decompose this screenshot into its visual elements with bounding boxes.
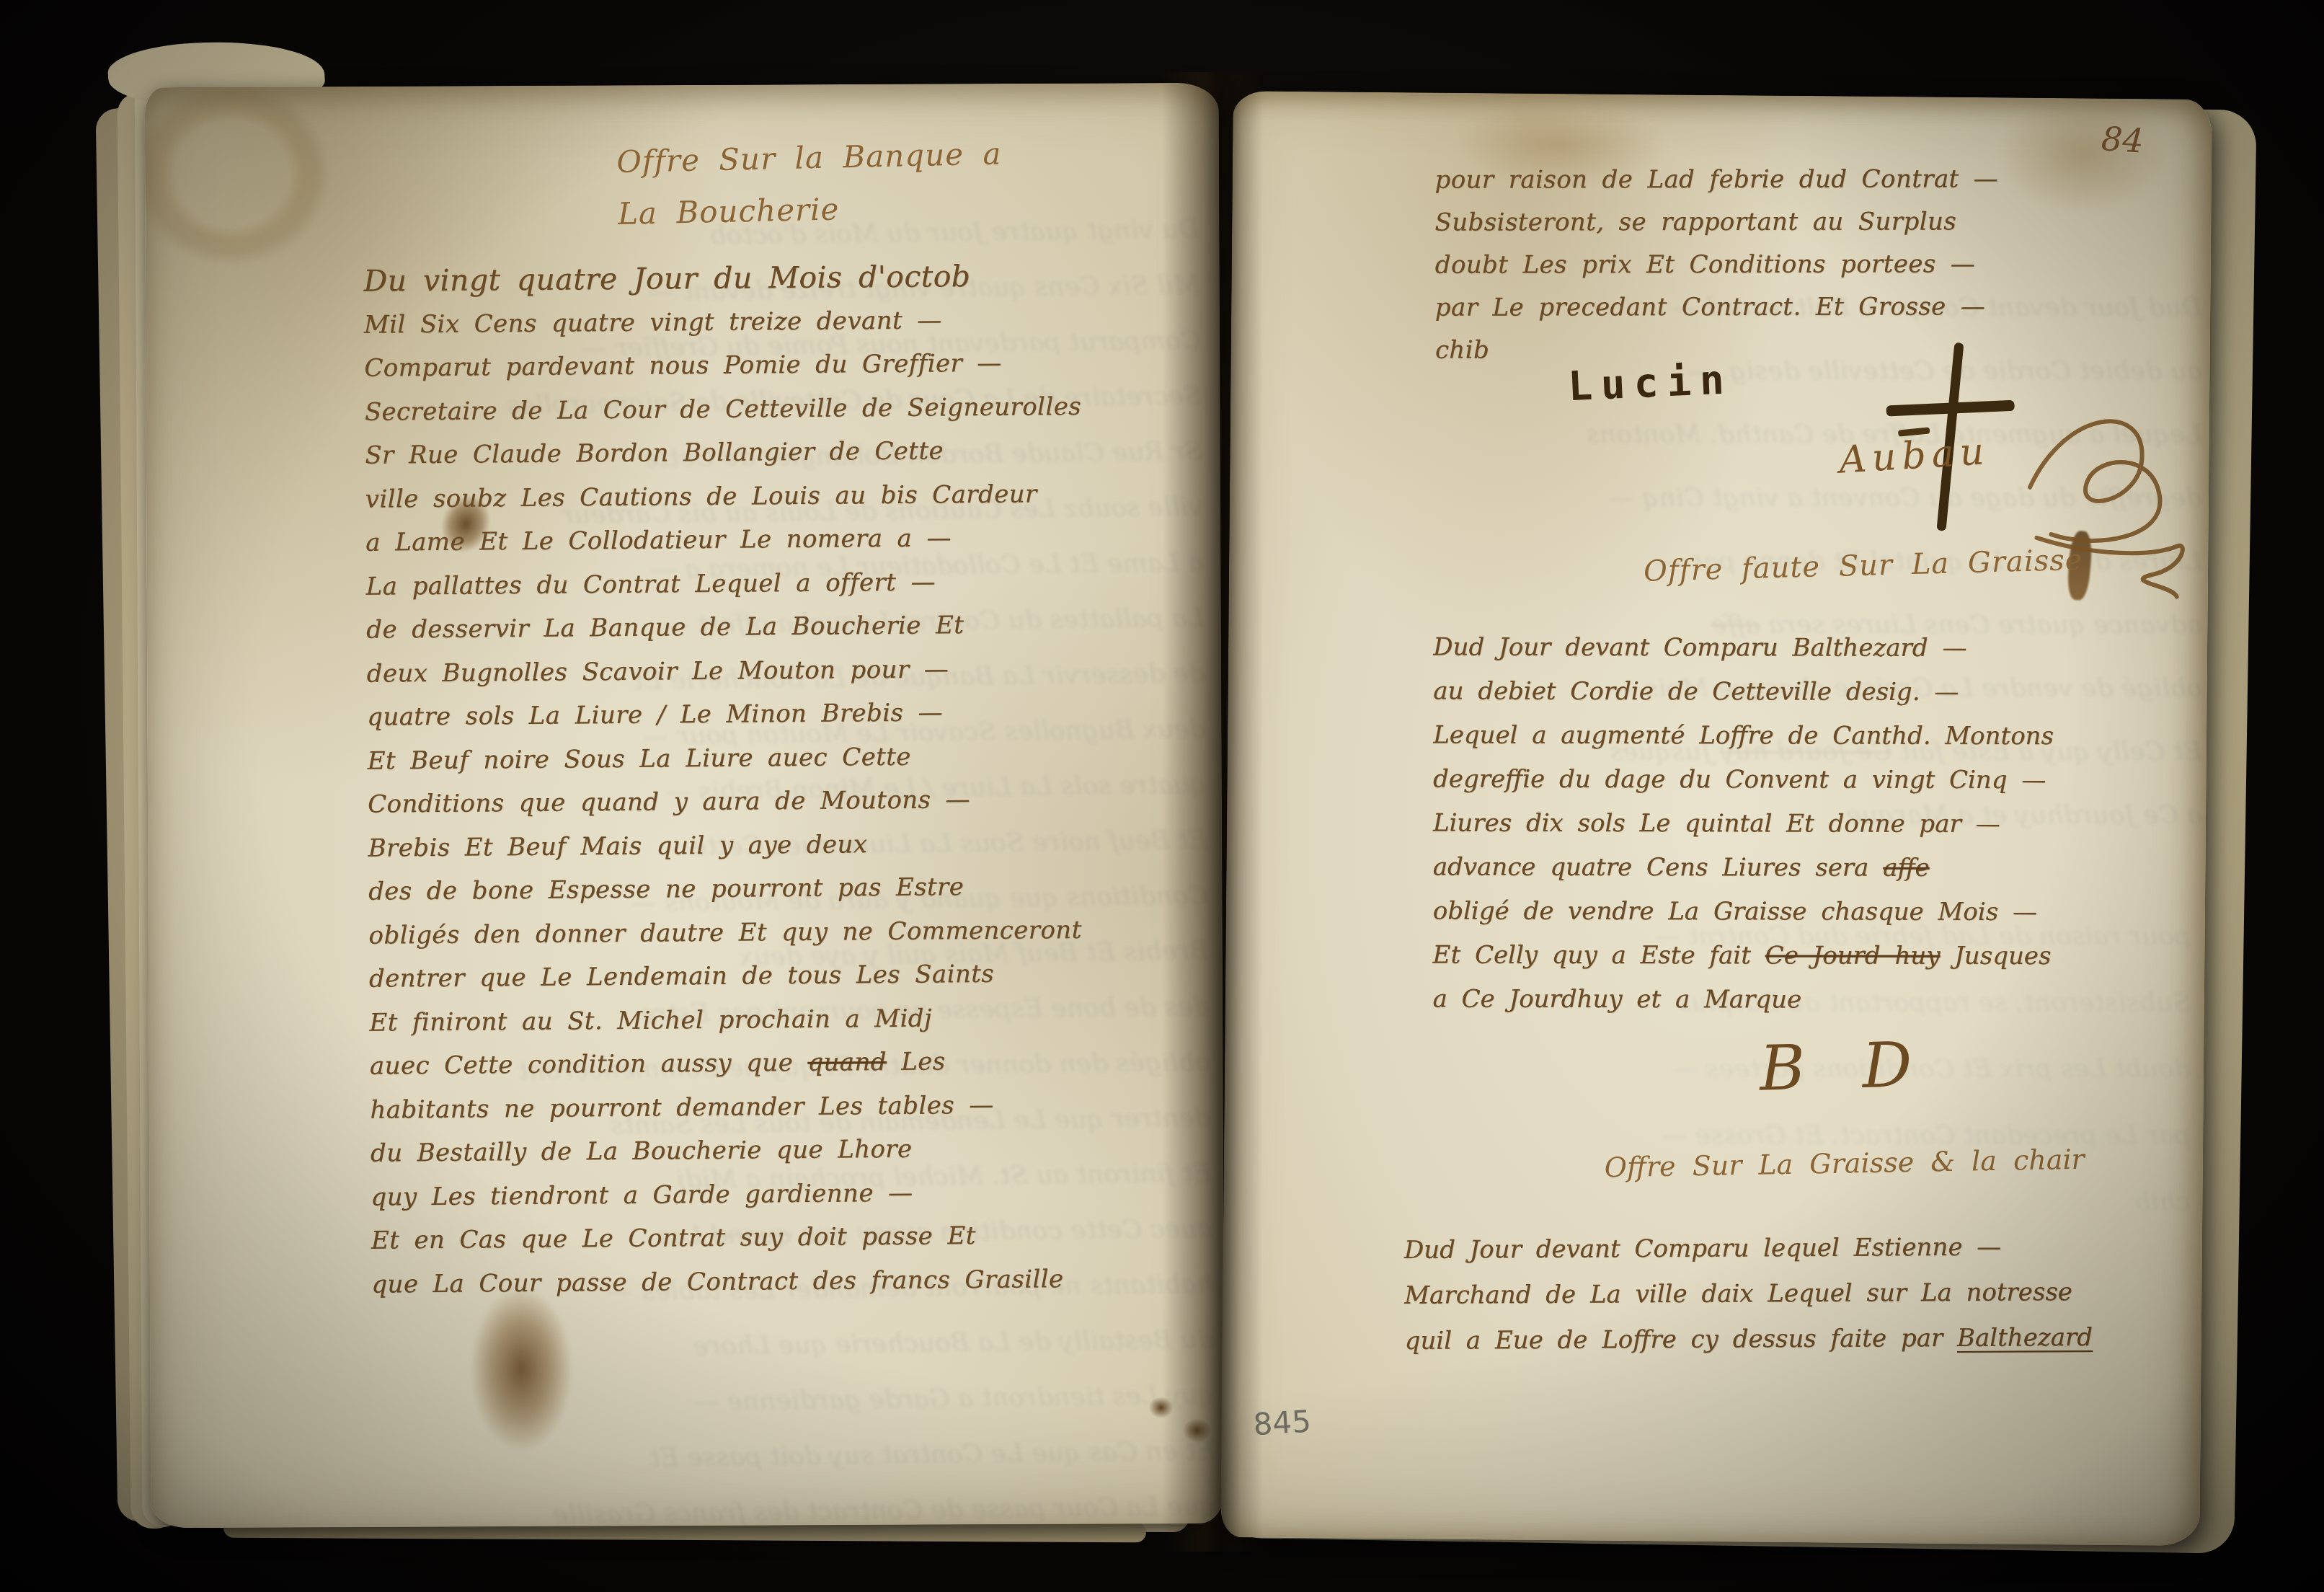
left-page: Du vingt quatre Jour du Mois d'octobMil … (145, 83, 1225, 1528)
text-line: pour raison de Lad febrie dud Contrat — (1434, 158, 1998, 201)
initials-bd: B D (1759, 1028, 1932, 1105)
text-line: du Bestailly de La Boucherie que Lhore (306, 1312, 1215, 1379)
text-line: que La Cour passe de Contract des francs… (308, 1478, 1217, 1528)
text-line: habitants ne pourront demander Les table… (370, 1082, 1087, 1131)
heading-offre-graisse-chair: Offre Sur La Graisse & la chair (1604, 1144, 2085, 1184)
text-line: obligé de vendre La Graisse chasque Mois… (1433, 890, 2054, 935)
text-line: La pallattes du Contrat Lequel a offert … (365, 559, 1083, 608)
text-line: dentrer que Le Lendemain de tous Les Sai… (369, 952, 1086, 1001)
text-line: Brebis Et Beuf Mais quil y aye deux (368, 821, 1085, 870)
folio-number: 84 (2101, 119, 2145, 160)
text-line: quatre sols La Liure / Le Minon Brebis — (367, 690, 1084, 739)
text-line: quy Les tiendront a Garde gardienne — (371, 1169, 1088, 1219)
text-line: que La Cour passe de Contract des francs… (371, 1257, 1088, 1306)
water-stain (145, 83, 340, 275)
text-line: a Ce Jourdhuy et a Marque (1432, 978, 2053, 1023)
text-line: Dud Jour devant Comparu lequel Estienne … (1404, 1224, 2093, 1273)
text-line: Liures dix sols Le quintal Et donne par … (1433, 802, 2054, 847)
right-page-bottom-text: Dud Jour devant Comparu lequel Estienne … (1404, 1224, 2093, 1364)
text-line: La Boucherie (617, 180, 1003, 240)
text-line: Du vingt quatre Jour du Mois d'octob (363, 254, 1081, 303)
signature-flourish (2007, 401, 2196, 619)
water-stain (1989, 91, 2178, 220)
text-line: a Lame Et Le Collodatieur Le nomera a — (365, 516, 1083, 565)
text-line: doubt Les prix Et Conditions portees — (1435, 243, 1999, 286)
text-line: auec Cette condition aussy que quand Les (370, 1039, 1087, 1088)
lucin-mark: Lucin (1567, 356, 1734, 410)
text-line: Subsisteront, se rapportant au Surplus (1435, 200, 1999, 244)
text-line: par Le precedant Contract. Et Grosse — (1435, 286, 1999, 329)
right-page-top-text: pour raison de Lad febrie dud Contrat —S… (1434, 158, 1998, 371)
left-page-body-text: Du vingt quatre Jour du Mois d'octobMil … (363, 254, 1088, 1306)
text-line: Et en Cas que Le Contrat suy doit passe … (371, 1213, 1088, 1262)
text-line: ville soubz Les Cautions de Louis au bis… (365, 472, 1083, 521)
text-line: quy Les tiendront a Garde gardienne — (306, 1367, 1215, 1434)
text-line: obligés den donner dautre Et quy ne Comm… (368, 908, 1086, 957)
text-line: Et finiront au St. Michel prochain a Mid… (369, 995, 1086, 1044)
text-line: Sr Rue Claude Bordon Bollangier de Cette (365, 428, 1082, 477)
right-page: Dud Jour devant Comparu Balthezard —au d… (1220, 91, 2212, 1546)
manuscript-photo: Du vingt quatre Jour du Mois d'octobMil … (0, 0, 2324, 1592)
text-line: degreffie du dage du Convent a vingt Cin… (1433, 758, 2054, 803)
text-line: Mil Six Cens quatre vingt treize devant … (364, 297, 1081, 346)
text-line: advance quatre Cens Liures sera affe (1433, 846, 2054, 891)
text-line: Et en Cas que Le Contrat suy doit passe … (307, 1423, 1216, 1490)
text-line: quil a Eue de Loffre cy dessus faite par… (1404, 1315, 2093, 1364)
right-page-middle-text: Dud Jour devant Comparu Balthezard —au d… (1432, 626, 2054, 1023)
text-line: de desservir La Banque de La Boucherie E… (366, 603, 1083, 652)
text-line: Conditions que quand y aura de Moutons — (368, 777, 1085, 826)
text-line: deux Bugnolles Scavoir Le Mouton pour — (366, 646, 1083, 695)
ink-stain (467, 1283, 576, 1456)
book-gutter-shadow (1162, 72, 1263, 1552)
text-line: des de bone Espesse ne pourront pas Estr… (368, 864, 1086, 914)
text-line: Dud Jour devant Comparu Balthezard — (1433, 626, 2054, 671)
text-line: Secretaire de La Cour de Cetteville de S… (365, 384, 1082, 433)
text-line: Lequel a augmenté Loffre de Canthd. Mont… (1433, 714, 2054, 759)
signature-aubau: Aubau (1838, 430, 1991, 482)
text-line: Offre Sur la Banque a (616, 128, 1002, 188)
text-line: Et Beuf noire Sous La Liure auec Cette (367, 733, 1084, 782)
text-line: Et Celly quy a Este fait Ce Jourd huy Ju… (1433, 934, 2054, 979)
text-line: Marchand de La ville daix Lequel sur La … (1404, 1270, 2093, 1319)
left-page-heading: Offre Sur la Banque aLa Boucherie (616, 128, 1003, 240)
text-line: du Bestailly de La Boucherie que Lhore (371, 1126, 1088, 1175)
text-line: Comparut pardevant nous Pomie du Greffie… (364, 341, 1081, 390)
text-line: au debiet Cordie de Cetteville desig. — (1433, 670, 2054, 715)
